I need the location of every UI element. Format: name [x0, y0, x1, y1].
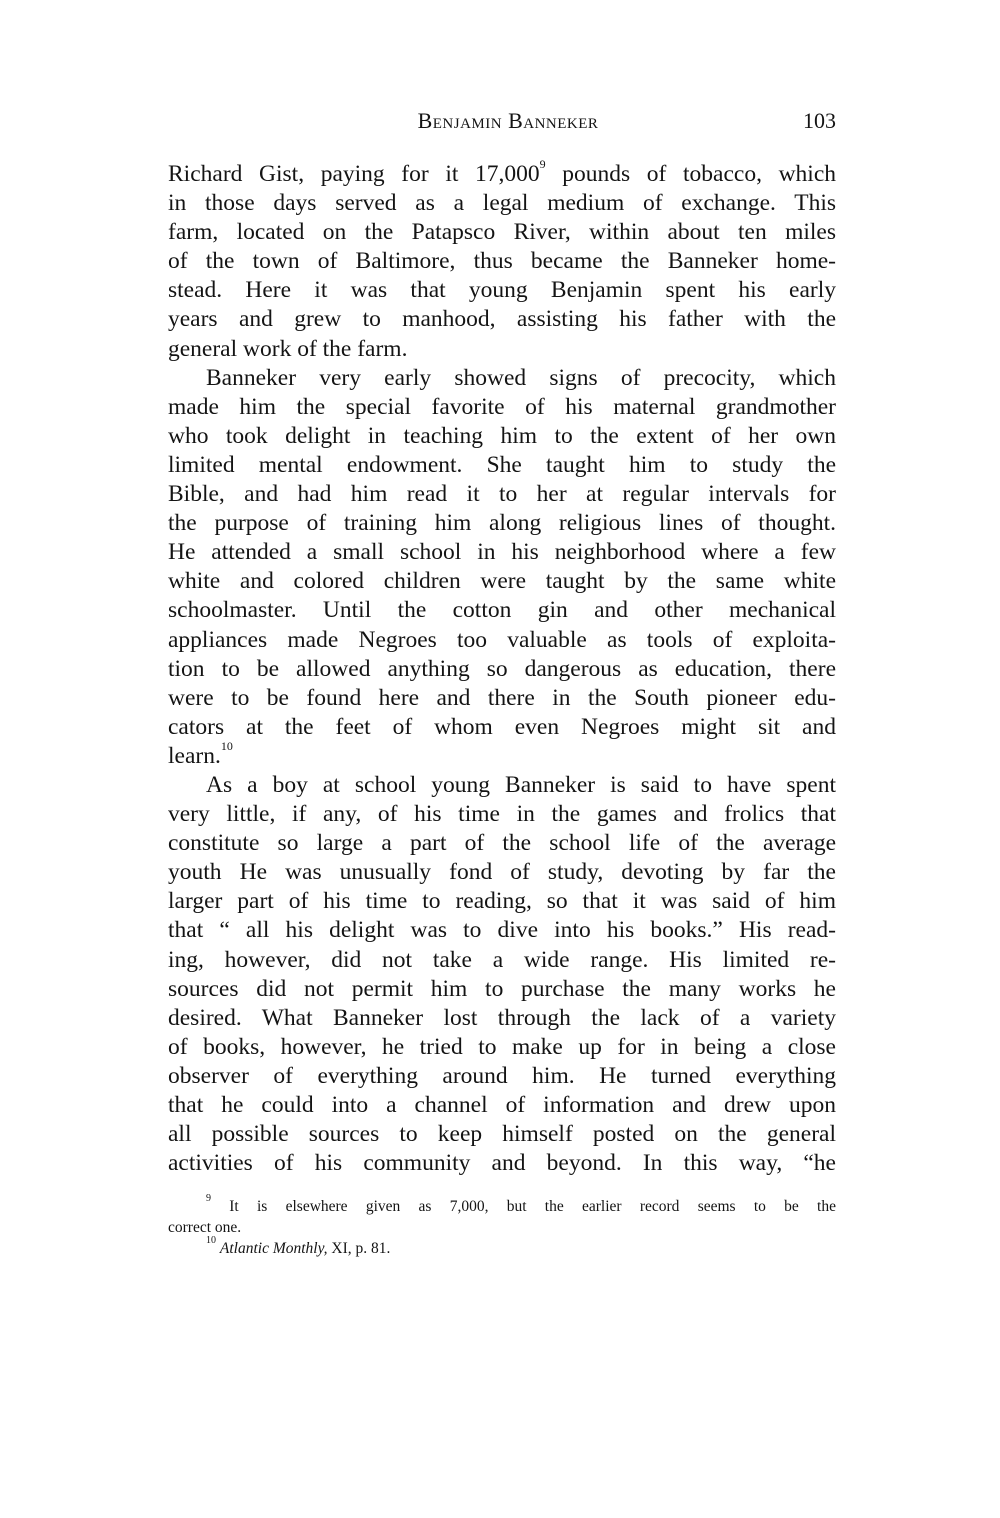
text-line: of the town of Baltimore, thus became th…	[168, 247, 836, 276]
text-line: observer of everything around him. He tu…	[168, 1062, 836, 1091]
text-line: Richard Gist, paying for it 17,0009 poun…	[168, 160, 836, 189]
text-line: white and colored children were taught b…	[168, 567, 836, 596]
text-line: that “ all his delight was to dive into …	[168, 916, 836, 945]
text-line: that he could into a channel of informat…	[168, 1091, 836, 1120]
text-line: constitute so large a part of the school…	[168, 829, 836, 858]
text-line: all possible sources to keep himself pos…	[168, 1120, 836, 1149]
text-line: ing, however, did not take a wide range.…	[168, 946, 836, 975]
text-line: made him the special favorite of his mat…	[168, 393, 836, 422]
footnote-ref-10[interactable]: 10	[221, 739, 233, 753]
footnote-line: 9 It is elsewhere given as 7,000, but th…	[168, 1196, 836, 1217]
text-line: in those days served as a legal medium o…	[168, 189, 836, 218]
text-line: desired. What Banneker lost through the …	[168, 1004, 836, 1033]
text-line: Bible, and had him read it to her at reg…	[168, 480, 836, 509]
running-head: Benjamin Banneker 103	[168, 108, 836, 138]
text-line: limited mental endowment. She taught him…	[168, 451, 836, 480]
footnote-marker: 10	[206, 1235, 216, 1246]
text-line: were to be found here and there in the S…	[168, 684, 836, 713]
text-line: who took delight in teaching him to the …	[168, 422, 836, 451]
paragraph-1: Richard Gist, paying for it 17,0009 poun…	[168, 160, 836, 364]
text-line: learn.10	[168, 742, 836, 771]
text-line: youth He was unusually fond of study, de…	[168, 858, 836, 887]
document-page: Benjamin Banneker 103 Richard Gist, payi…	[0, 0, 1000, 1518]
text-line: schoolmaster. Until the cotton gin and o…	[168, 596, 836, 625]
text-line: the purpose of training him along religi…	[168, 509, 836, 538]
text-line: of books, however, he tried to make up f…	[168, 1033, 836, 1062]
text-line: cators at the feet of whom even Negroes …	[168, 713, 836, 742]
text-line: appliances made Negroes too valuable as …	[168, 626, 836, 655]
text-line: stead. Here it was that young Benjamin s…	[168, 276, 836, 305]
footnote-9: 9 It is elsewhere given as 7,000, but th…	[168, 1196, 836, 1238]
text-line: tion to be allowed anything so dangerous…	[168, 655, 836, 684]
text-line: Banneker very early showed signs of prec…	[168, 364, 836, 393]
paragraph-3: As a boy at school young Banneker is sai…	[168, 771, 836, 1178]
footnote-10: 10 Atlantic Monthly, XI, p. 81.	[168, 1238, 836, 1259]
footnotes: 9 It is elsewhere given as 7,000, but th…	[168, 1196, 836, 1259]
footnote-line: 10 Atlantic Monthly, XI, p. 81.	[168, 1238, 836, 1259]
text-line: general work of the farm.	[168, 335, 836, 364]
running-title: Benjamin Banneker	[168, 108, 836, 134]
body-text: Richard Gist, paying for it 17,0009 poun…	[168, 160, 836, 1178]
text-line: very little, if any, of his time in the …	[168, 800, 836, 829]
text-line: larger part of his time to reading, so t…	[168, 887, 836, 916]
paragraph-2: Banneker very early showed signs of prec…	[168, 364, 836, 771]
footnote-ref-9[interactable]: 9	[540, 157, 546, 171]
text-line: activities of his community and beyond. …	[168, 1149, 836, 1178]
text-line: As a boy at school young Banneker is sai…	[168, 771, 836, 800]
footnote-marker: 9	[206, 1193, 211, 1204]
footnote-line: correct one.	[168, 1217, 836, 1238]
text-line: He attended a small school in his neighb…	[168, 538, 836, 567]
page-number: 103	[803, 108, 836, 134]
citation-title: Atlantic Monthly,	[220, 1240, 328, 1257]
text-line: years and grew to manhood, assisting his…	[168, 305, 836, 334]
text-line: sources did not permit him to purchase t…	[168, 975, 836, 1004]
text-line: farm, located on the Patapsco River, wit…	[168, 218, 836, 247]
